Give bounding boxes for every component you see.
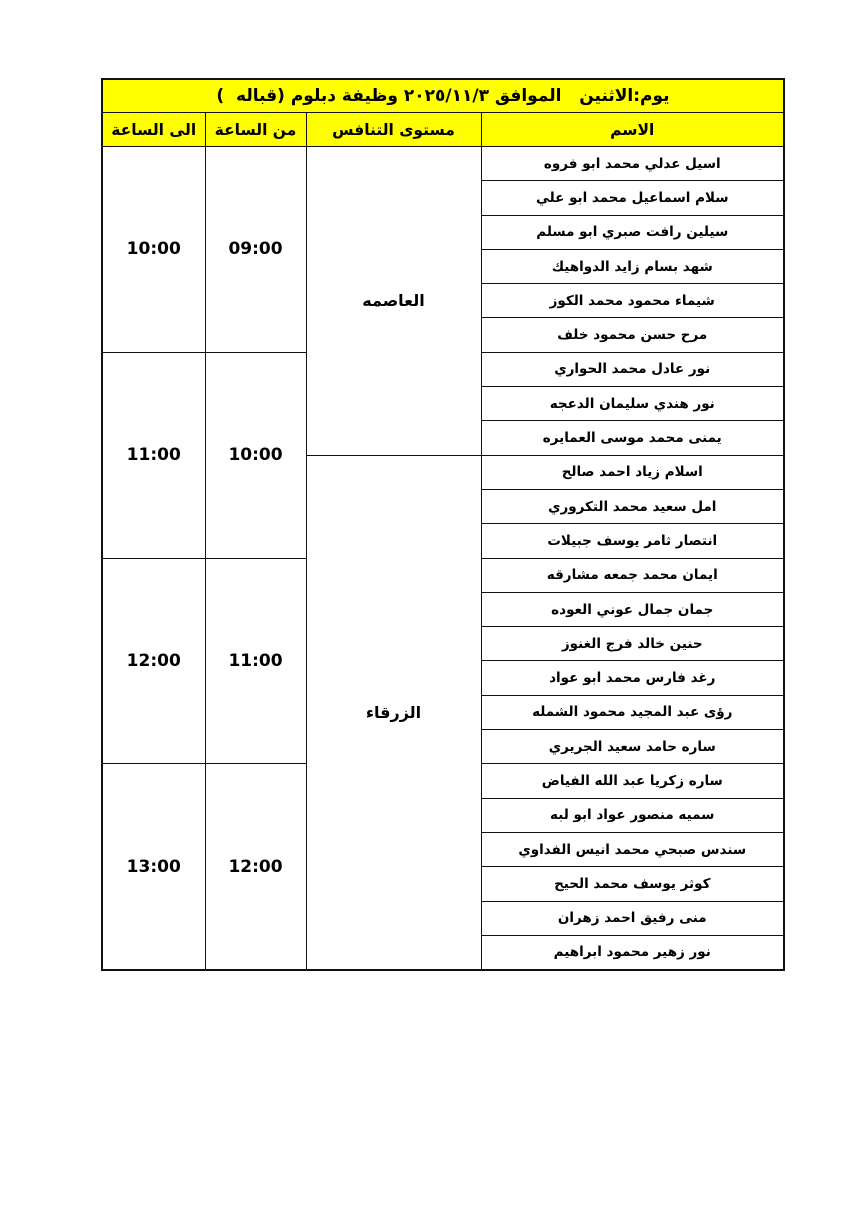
header-from: من الساعة xyxy=(205,113,306,147)
time-to-cell: 13:00 xyxy=(102,764,205,970)
name-cell: نور زهير محمود ابراهيم xyxy=(481,935,784,970)
name-cell: كوثر يوسف محمد الحيح xyxy=(481,867,784,901)
name-cell: سيلين رافت صبري ابو مسلم xyxy=(481,215,784,249)
table-row: اسيل عدلي محمد ابو فروه العاصمه 09:00 10… xyxy=(102,147,784,181)
name-cell: سندس صبحي محمد انيس الفداوي xyxy=(481,832,784,866)
level-cell: العاصمه xyxy=(306,147,481,456)
name-cell: شيماء محمود محمد الكوز xyxy=(481,284,784,318)
name-cell: نور عادل محمد الحواري xyxy=(481,352,784,386)
title-row: يوم:الاثنين الموافق ٢٠٢٥/١١/٣ وظيفة دبلو… xyxy=(102,79,784,113)
header-name: الاسم xyxy=(481,113,784,147)
name-cell: اسلام زياد احمد صالح xyxy=(481,455,784,489)
name-cell: سلام اسماعيل محمد ابو علي xyxy=(481,181,784,215)
time-from-cell: 11:00 xyxy=(205,558,306,764)
name-cell: مرح حسن محمود خلف xyxy=(481,318,784,352)
name-cell: ايمان محمد جمعه مشارقه xyxy=(481,558,784,592)
name-cell: ساره حامد سعيد الجريري xyxy=(481,730,784,764)
time-to-cell: 11:00 xyxy=(102,352,205,558)
exam-schedule-table: يوم:الاثنين الموافق ٢٠٢٥/١١/٣ وظيفة دبلو… xyxy=(101,78,785,971)
name-cell: سميه منصور عواد ابو لبه xyxy=(481,798,784,832)
table-title: يوم:الاثنين الموافق ٢٠٢٥/١١/٣ وظيفة دبلو… xyxy=(102,79,784,113)
time-from-cell: 09:00 xyxy=(205,147,306,353)
name-cell: انتصار ثامر يوسف جبيلات xyxy=(481,524,784,558)
header-row: الاسم مستوى التنافس من الساعة الى الساعة xyxy=(102,113,784,147)
time-from-cell: 12:00 xyxy=(205,764,306,970)
name-cell: جمان جمال عوني العوده xyxy=(481,592,784,626)
header-level: مستوى التنافس xyxy=(306,113,481,147)
name-cell: ساره زكريا عبد الله الفياض xyxy=(481,764,784,798)
page: يوم:الاثنين الموافق ٢٠٢٥/١١/٣ وظيفة دبلو… xyxy=(0,0,850,1210)
time-from-cell: 10:00 xyxy=(205,352,306,558)
name-cell: حنين خالد فرج الغنوز xyxy=(481,627,784,661)
time-to-cell: 10:00 xyxy=(102,147,205,353)
name-cell: رؤى عبد المجيد محمود الشمله xyxy=(481,695,784,729)
name-cell: رغد فارس محمد ابو عواد xyxy=(481,661,784,695)
header-to: الى الساعة xyxy=(102,113,205,147)
name-cell: منى رفيق احمد زهران xyxy=(481,901,784,935)
name-cell: امل سعيد محمد التكروري xyxy=(481,489,784,523)
name-cell: شهد بسام زايد الدواهيك xyxy=(481,249,784,283)
name-cell: اسيل عدلي محمد ابو فروه xyxy=(481,147,784,181)
name-cell: يمنى محمد موسى العمايره xyxy=(481,421,784,455)
level-cell: الزرقاء xyxy=(306,455,481,970)
name-cell: نور هندي سليمان الدعجه xyxy=(481,387,784,421)
time-to-cell: 12:00 xyxy=(102,558,205,764)
